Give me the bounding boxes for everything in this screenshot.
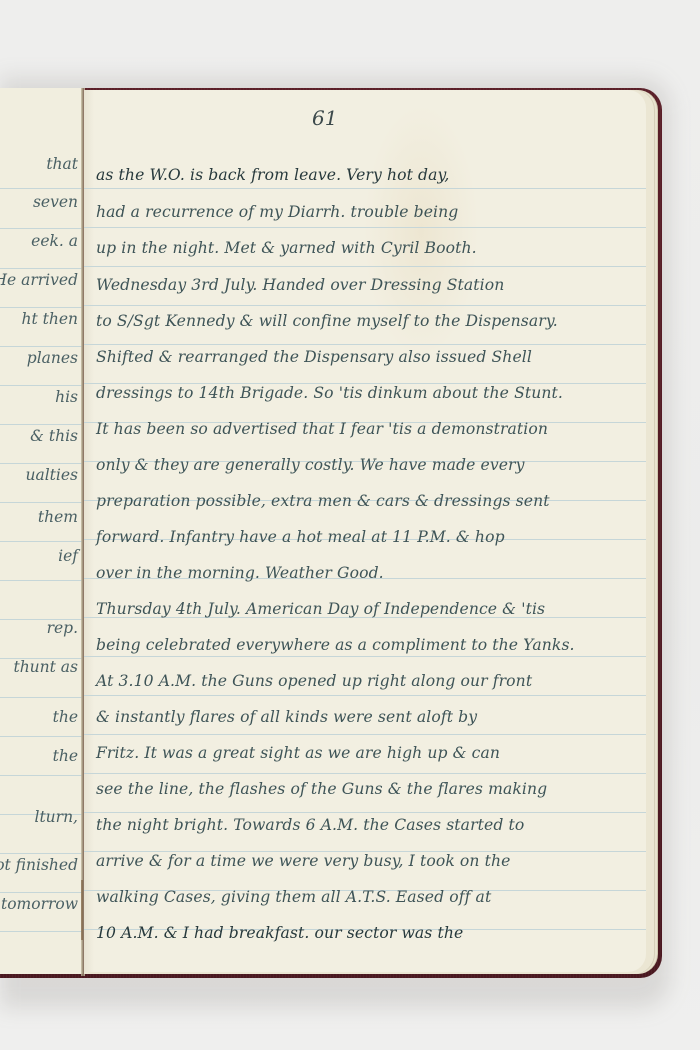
text-line: forward. Infantry have a hot meal at 11 … xyxy=(96,528,505,546)
text-line: see the line, the flashes of the Guns & … xyxy=(96,780,547,798)
photo-scene: that seven eek. a He arrived ht then pla… xyxy=(0,0,700,1050)
left-page: that seven eek. a He arrived ht then pla… xyxy=(0,88,83,974)
diary-entry-heading-wednesday: Wednesday 3rd July. Handed over Dressing… xyxy=(96,276,504,294)
ruled-line xyxy=(0,188,82,189)
ruled-line xyxy=(0,580,82,581)
left-fragment: the xyxy=(53,747,78,765)
left-fragment: seven xyxy=(33,193,78,211)
ruled-line xyxy=(0,775,82,776)
left-fragment: & this xyxy=(30,427,78,445)
ruled-line xyxy=(84,344,646,345)
ruled-line xyxy=(84,227,646,228)
ruled-line xyxy=(0,736,82,737)
ruled-line xyxy=(84,695,646,696)
ruled-line xyxy=(0,697,82,698)
ruled-line xyxy=(0,228,82,229)
text-line: only & they are generally costly. We hav… xyxy=(96,456,525,474)
ruled-line xyxy=(0,307,82,308)
ruled-line xyxy=(84,734,646,735)
page-number: 61 xyxy=(312,106,337,130)
left-fragment: the xyxy=(53,708,78,726)
text-line: Shifted & rearranged the Dispensary also… xyxy=(96,348,532,366)
left-fragment: his xyxy=(55,388,78,406)
right-page: 61 as the W.O. is back from leave. Very … xyxy=(84,90,646,972)
left-fragment: eek. a xyxy=(31,232,78,250)
ruled-line xyxy=(0,502,82,503)
diary-entry-heading-thursday: Thursday 4th July. American Day of Indep… xyxy=(96,600,545,618)
ruled-line xyxy=(84,773,646,774)
ruled-line xyxy=(0,541,82,542)
ruled-line xyxy=(0,931,82,932)
text-line: the night bright. Towards 6 A.M. the Cas… xyxy=(96,816,524,834)
left-fragment: planes xyxy=(27,349,78,367)
text-line: had a recurrence of my Diarrh. trouble b… xyxy=(96,203,458,221)
ruled-line xyxy=(0,424,82,425)
left-fragment: thunt as xyxy=(13,658,78,676)
text-line: preparation possible, extra men & cars &… xyxy=(96,492,550,510)
left-fragment: lturn, xyxy=(35,808,79,826)
ruled-line xyxy=(0,853,82,854)
left-fragment: ht then xyxy=(21,310,78,328)
left-fragment: rep. xyxy=(47,619,78,637)
text-line: 10 A.M. & I had breakfast. our sector wa… xyxy=(96,924,463,942)
ruled-line xyxy=(84,266,646,267)
left-fragment: them xyxy=(38,508,78,526)
left-fragment: ualties xyxy=(26,466,79,484)
text-line: & instantly flares of all kinds were sen… xyxy=(96,708,477,726)
text-line: up in the night. Met & yarned with Cyril… xyxy=(96,239,477,257)
left-fragment: tomorrow xyxy=(1,895,78,913)
text-line: At 3.10 A.M. the Guns opened up right al… xyxy=(96,672,532,690)
left-fragment: that xyxy=(46,155,78,173)
left-fragment: ief xyxy=(58,547,78,565)
left-fragment: ot finished xyxy=(0,856,78,874)
ruled-line xyxy=(0,892,82,893)
ruled-line xyxy=(84,812,646,813)
text-line: dressings to 14th Brigade. So 'tis dinku… xyxy=(96,384,563,402)
text-line: Fritz. It was a great sight as we are hi… xyxy=(96,744,500,762)
gutter-stain xyxy=(81,880,83,940)
text-line: over in the morning. Weather Good. xyxy=(96,564,384,582)
text-line: walking Cases, giving them all A.T.S. Ea… xyxy=(96,888,491,906)
text-line: It has been so advertised that I fear 't… xyxy=(96,420,548,438)
ruled-line xyxy=(0,463,82,464)
ruled-line xyxy=(84,305,646,306)
ruled-line xyxy=(0,385,82,386)
left-fragment: He arrived xyxy=(0,271,78,289)
ruled-line xyxy=(84,656,646,657)
ruled-line xyxy=(84,188,646,189)
text-line: to S/Sgt Kennedy & will confine myself t… xyxy=(96,312,558,330)
text-line: being celebrated everywhere as a complim… xyxy=(96,636,575,654)
ruled-line xyxy=(0,346,82,347)
ruled-line xyxy=(0,268,82,269)
text-line: arrive & for a time we were very busy, I… xyxy=(96,852,510,870)
text-line: as the W.O. is back from leave. Very hot… xyxy=(96,166,449,184)
